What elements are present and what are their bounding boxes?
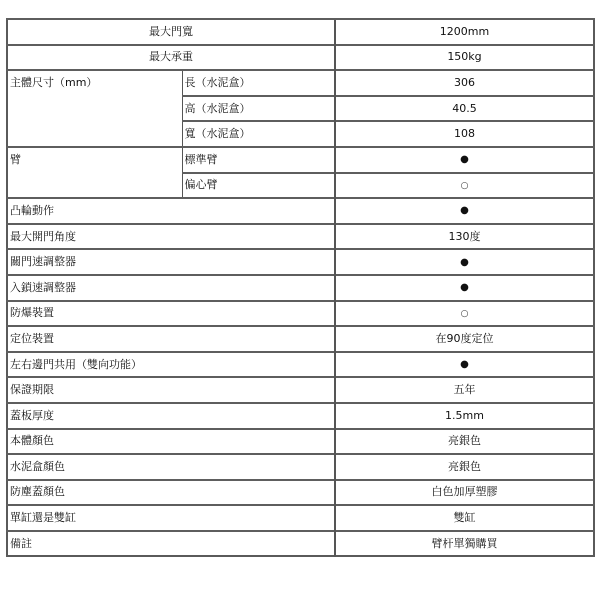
value-cover-thickness: 1.5mm	[335, 403, 594, 429]
value-body-color: 亮銀色	[335, 429, 594, 455]
table-row: 凸輪動作 ●	[7, 198, 594, 224]
table-row: 防塵蓋顏色 白色加厚塑膠	[7, 480, 594, 506]
label-explosion-proof: 防爆裝置	[7, 301, 335, 327]
table-row: 最大門寬 1200mm	[7, 19, 594, 45]
filled-dot-icon: ●	[460, 282, 469, 293]
value-cement-box-color: 亮銀色	[335, 454, 594, 480]
label-max-open-angle: 最大開門角度	[7, 224, 335, 250]
label-body-color: 本體顏色	[7, 429, 335, 455]
value-closing-speed-adjuster: ●	[335, 249, 594, 275]
table-row: 防爆裝置 ○	[7, 301, 594, 327]
label-height: 高（水泥盒）	[182, 96, 335, 122]
label-width: 寬（水泥盒）	[182, 121, 335, 147]
label-body-dimensions: 主體尺寸（mm）	[7, 70, 182, 147]
label-closing-speed-adjuster: 關門速調整器	[7, 249, 335, 275]
label-arm: 臂	[7, 147, 182, 198]
table-row: 最大承重 150kg	[7, 45, 594, 71]
open-circle-icon: ○	[461, 309, 469, 319]
filled-dot-icon: ●	[460, 205, 469, 216]
label-cylinder-type: 單缸還是雙缸	[7, 505, 335, 531]
table-row: 關門速調整器 ●	[7, 249, 594, 275]
label-max-load: 最大承重	[7, 45, 335, 71]
table-row: 備註 臂杆單獨購買	[7, 531, 594, 557]
value-explosion-proof: ○	[335, 301, 594, 327]
table-row: 水泥盒顏色 亮銀色	[7, 454, 594, 480]
table-row: 單缸還是雙缸 雙缸	[7, 505, 594, 531]
label-max-door-width: 最大門寬	[7, 19, 335, 45]
open-circle-icon: ○	[461, 181, 469, 191]
table-row: 最大開門角度 130度	[7, 224, 594, 250]
label-length: 長（水泥盒）	[182, 70, 335, 96]
value-height: 40.5	[335, 96, 594, 122]
label-dust-cover-color: 防塵蓋顏色	[7, 480, 335, 506]
label-offset-arm: 偏心臂	[182, 173, 335, 199]
label-bidirectional: 左右邊門共用（雙向功能）	[7, 352, 335, 378]
table-row: 本體顏色 亮銀色	[7, 429, 594, 455]
value-warranty: 五年	[335, 377, 594, 403]
table-row: 入鎖速調整器 ●	[7, 275, 594, 301]
table-row: 左右邊門共用（雙向功能） ●	[7, 352, 594, 378]
value-max-open-angle: 130度	[335, 224, 594, 250]
value-latch-speed-adjuster: ●	[335, 275, 594, 301]
spec-table: 最大門寬 1200mm 最大承重 150kg 主體尺寸（mm） 長（水泥盒） 3…	[6, 18, 595, 557]
value-bidirectional: ●	[335, 352, 594, 378]
value-offset-arm: ○	[335, 173, 594, 199]
value-cylinder-type: 雙缸	[335, 505, 594, 531]
value-standard-arm: ●	[335, 147, 594, 173]
value-dust-cover-color: 白色加厚塑膠	[335, 480, 594, 506]
table-row: 蓋板厚度 1.5mm	[7, 403, 594, 429]
table-row: 定位裝置 在90度定位	[7, 326, 594, 352]
label-warranty: 保證期限	[7, 377, 335, 403]
filled-dot-icon: ●	[460, 359, 469, 370]
label-latch-speed-adjuster: 入鎖速調整器	[7, 275, 335, 301]
filled-dot-icon: ●	[460, 154, 469, 165]
label-cover-thickness: 蓋板厚度	[7, 403, 335, 429]
table-row: 保證期限 五年	[7, 377, 594, 403]
value-width: 108	[335, 121, 594, 147]
label-cement-box-color: 水泥盒顏色	[7, 454, 335, 480]
value-remarks: 臂杆單獨購買	[335, 531, 594, 557]
table-row: 主體尺寸（mm） 長（水泥盒） 306	[7, 70, 594, 96]
value-max-load: 150kg	[335, 45, 594, 71]
value-cam-action: ●	[335, 198, 594, 224]
label-positioning-device: 定位裝置	[7, 326, 335, 352]
table-row: 臂 標準臂 ●	[7, 147, 594, 173]
label-standard-arm: 標準臂	[182, 147, 335, 173]
filled-dot-icon: ●	[460, 257, 469, 268]
label-remarks: 備註	[7, 531, 335, 557]
value-positioning-device: 在90度定位	[335, 326, 594, 352]
value-max-door-width: 1200mm	[335, 19, 594, 45]
value-length: 306	[335, 70, 594, 96]
label-cam-action: 凸輪動作	[7, 198, 335, 224]
